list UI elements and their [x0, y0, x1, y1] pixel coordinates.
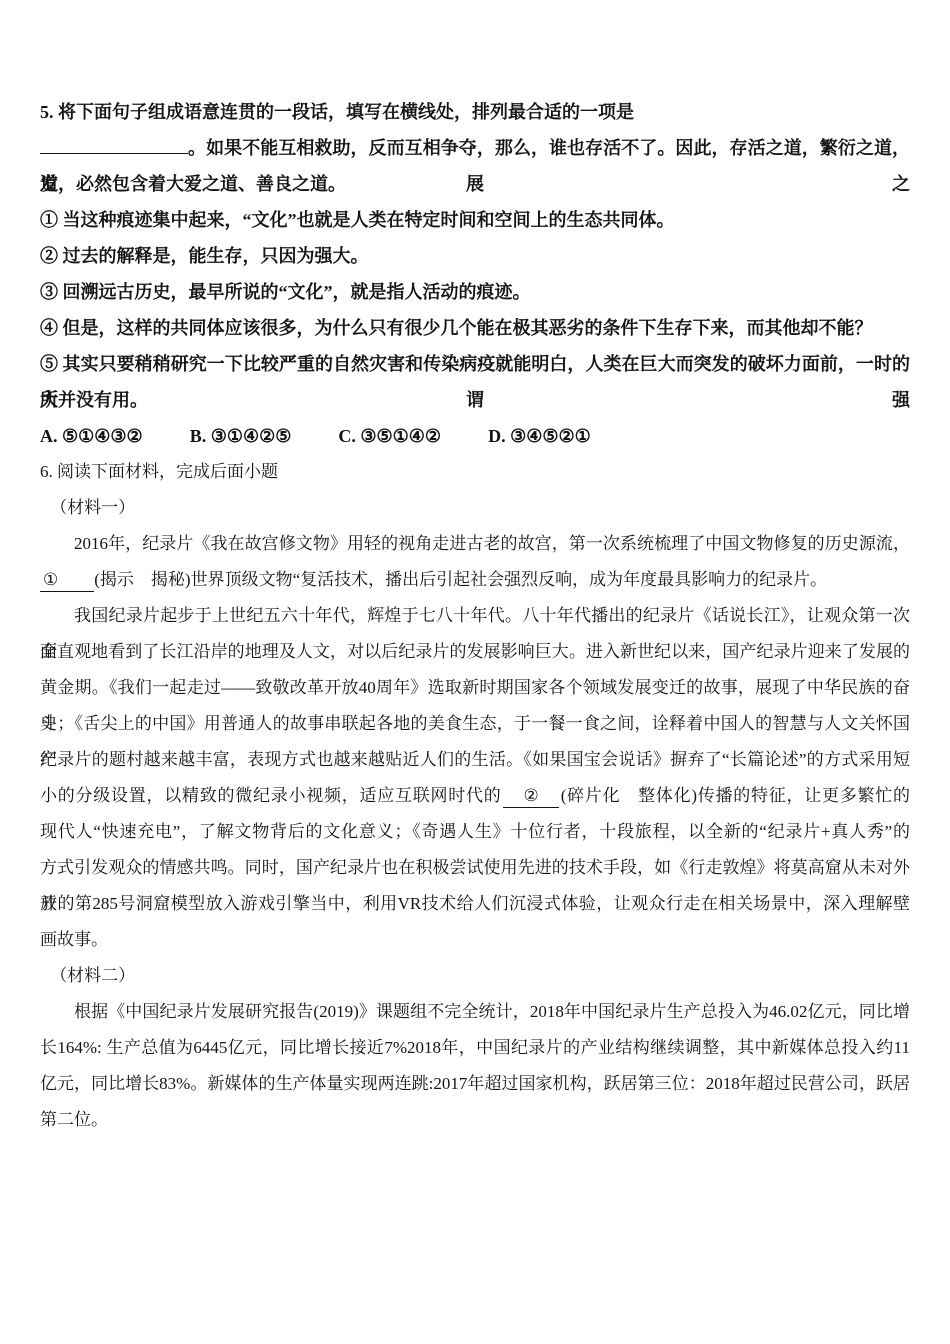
q5-option-a: A. ⑤①④③② — [40, 418, 143, 454]
m2-line1: 根据《中国纪录片发展研究报告(2019)》课题组不完全统计，2018年中国纪录片… — [40, 994, 910, 1030]
m1-paragraph2-line5: 纪录片的题村越来越丰富，表现方式也越来越贴近人们的生活。《如果国宝会说话》摒弃了… — [40, 742, 910, 778]
m1-paragraph1-line2: ①(揭示 揭秘)世界顶级文物“复活技术，播出后引起社会强烈反响，成为年度最具影响… — [40, 562, 910, 598]
m1-paragraph2-line10: 画故事。 — [40, 922, 910, 958]
q5-option-b: B. ③①④②⑤ — [190, 418, 292, 454]
m1-blank2-after-text: (碎片化 整体化)传播的特征，让更多繁忙的 — [561, 786, 910, 805]
q5-item-4: ④ 但是，这样的共同体应该很多，为什么只有很少几个能在极其恶劣的条件下生存下来，… — [40, 310, 910, 346]
q5-item-1: ① 当这种痕迹集中起来，“文化”也就是人类在特定时间和空间上的生态共同体。 — [40, 202, 910, 238]
m1-paragraph2-line1: 我国纪录片起步于上世纪五六十年代，辉煌于七八十年代。八十年代播出的纪录片《话说长… — [40, 598, 910, 634]
m1-fill-blank-1: ① — [40, 570, 94, 592]
material1-label: （材料一） — [40, 490, 910, 526]
document-page: 5. 将下面句子组成语意连贯的一段话，填写在横线处，排列最合适的一项是 。如果不… — [40, 94, 910, 1138]
q5-answer-blank — [40, 149, 188, 154]
q5-lead-line: 。如果不能互相救助，反而互相争夺，那么，谁也存活不了。因此，存活之道，繁衍之道，… — [40, 130, 910, 166]
m1-paragraph1-line1: 2016年，纪录片《我在故宫修文物》用轻的视角走进古老的故宫，第一次系统梳理了中… — [40, 526, 910, 562]
m1-paragraph2-line7: 现代人“快速充电”，了解文物背后的文化意义；《奇遇人生》十位行者，十段旅程，以全… — [40, 814, 910, 850]
m1-blank2-before-text: 小的分级设置，以精致的微纪录小视频，适应互联网时代的 — [40, 786, 501, 805]
m1-paragraph2-line2: 面直观地看到了长江沿岸的地理及人文，对以后纪录片的发展影响巨大。进入新世纪以来，… — [40, 634, 910, 670]
material2-label: （材料二） — [40, 958, 910, 994]
m1-fill-blank-2: ② — [503, 786, 558, 808]
q5-item-3: ③ 回溯远古历史，最早所说的“文化”，就是指人活动的痕迹。 — [40, 274, 910, 310]
q5-option-d: D. ③④⑤②① — [488, 418, 591, 454]
m2-line2: 长164%: 生产总值为6445亿元，同比增长接近7%2018年，中国纪录片的产… — [40, 1030, 910, 1066]
m1-paragraph2-line6: 小的分级设置，以精致的微纪录小视频，适应互联网时代的②(碎片化 整体化)传播的特… — [40, 778, 910, 814]
q5-item-2: ② 过去的解释是，能生存，只因为强大。 — [40, 238, 910, 274]
q5-title: 5. 将下面句子组成语意连贯的一段话，填写在横线处，排列最合适的一项是 — [40, 94, 910, 130]
m2-line3: 亿元，同比增长83%。新媒体的生产体量实现两连跳:2017年超过国家机构，跃居第… — [40, 1066, 910, 1102]
m1-paragraph1-line2-text: (揭示 揭秘)世界顶级文物“复活技术，播出后引起社会强烈反响，成为年度最具影响力… — [94, 570, 827, 589]
q6-title: 6. 阅读下面材料，完成后面小题 — [40, 454, 910, 490]
m1-paragraph2-line8: 方式引发观众的情感共鸣。同时，国产纪录片也在积极尝试使用先进的技术手段，如《行走… — [40, 850, 910, 886]
m1-paragraph2-line9: 放的第285号洞窟模型放入游戏引擎当中，利用VR技术给人们沉浸式体验，让观众行走… — [40, 886, 910, 922]
q5-options-row: A. ⑤①④③② B. ③①④②⑤ C. ③⑤①④② D. ③④⑤②① — [40, 418, 910, 454]
q5-option-c: C. ③⑤①④② — [338, 418, 441, 454]
m1-paragraph2-line3: 黄金期。《我们一起走过——致敬改革开放40周年》选取新时期国家各个领域发展变迁的… — [40, 670, 910, 706]
m2-line4: 第二位。 — [40, 1102, 910, 1138]
q5-item-5: ⑤ 其实只要稍稍研究一下比较严重的自然灾害和传染病疫就能明白，人类在巨大而突发的… — [40, 346, 910, 382]
m1-paragraph2-line4: 史；《舌尖上的中国》用普通人的故事串联起各地的美食生态，于一餐一食之间，诠释着中… — [40, 706, 910, 742]
